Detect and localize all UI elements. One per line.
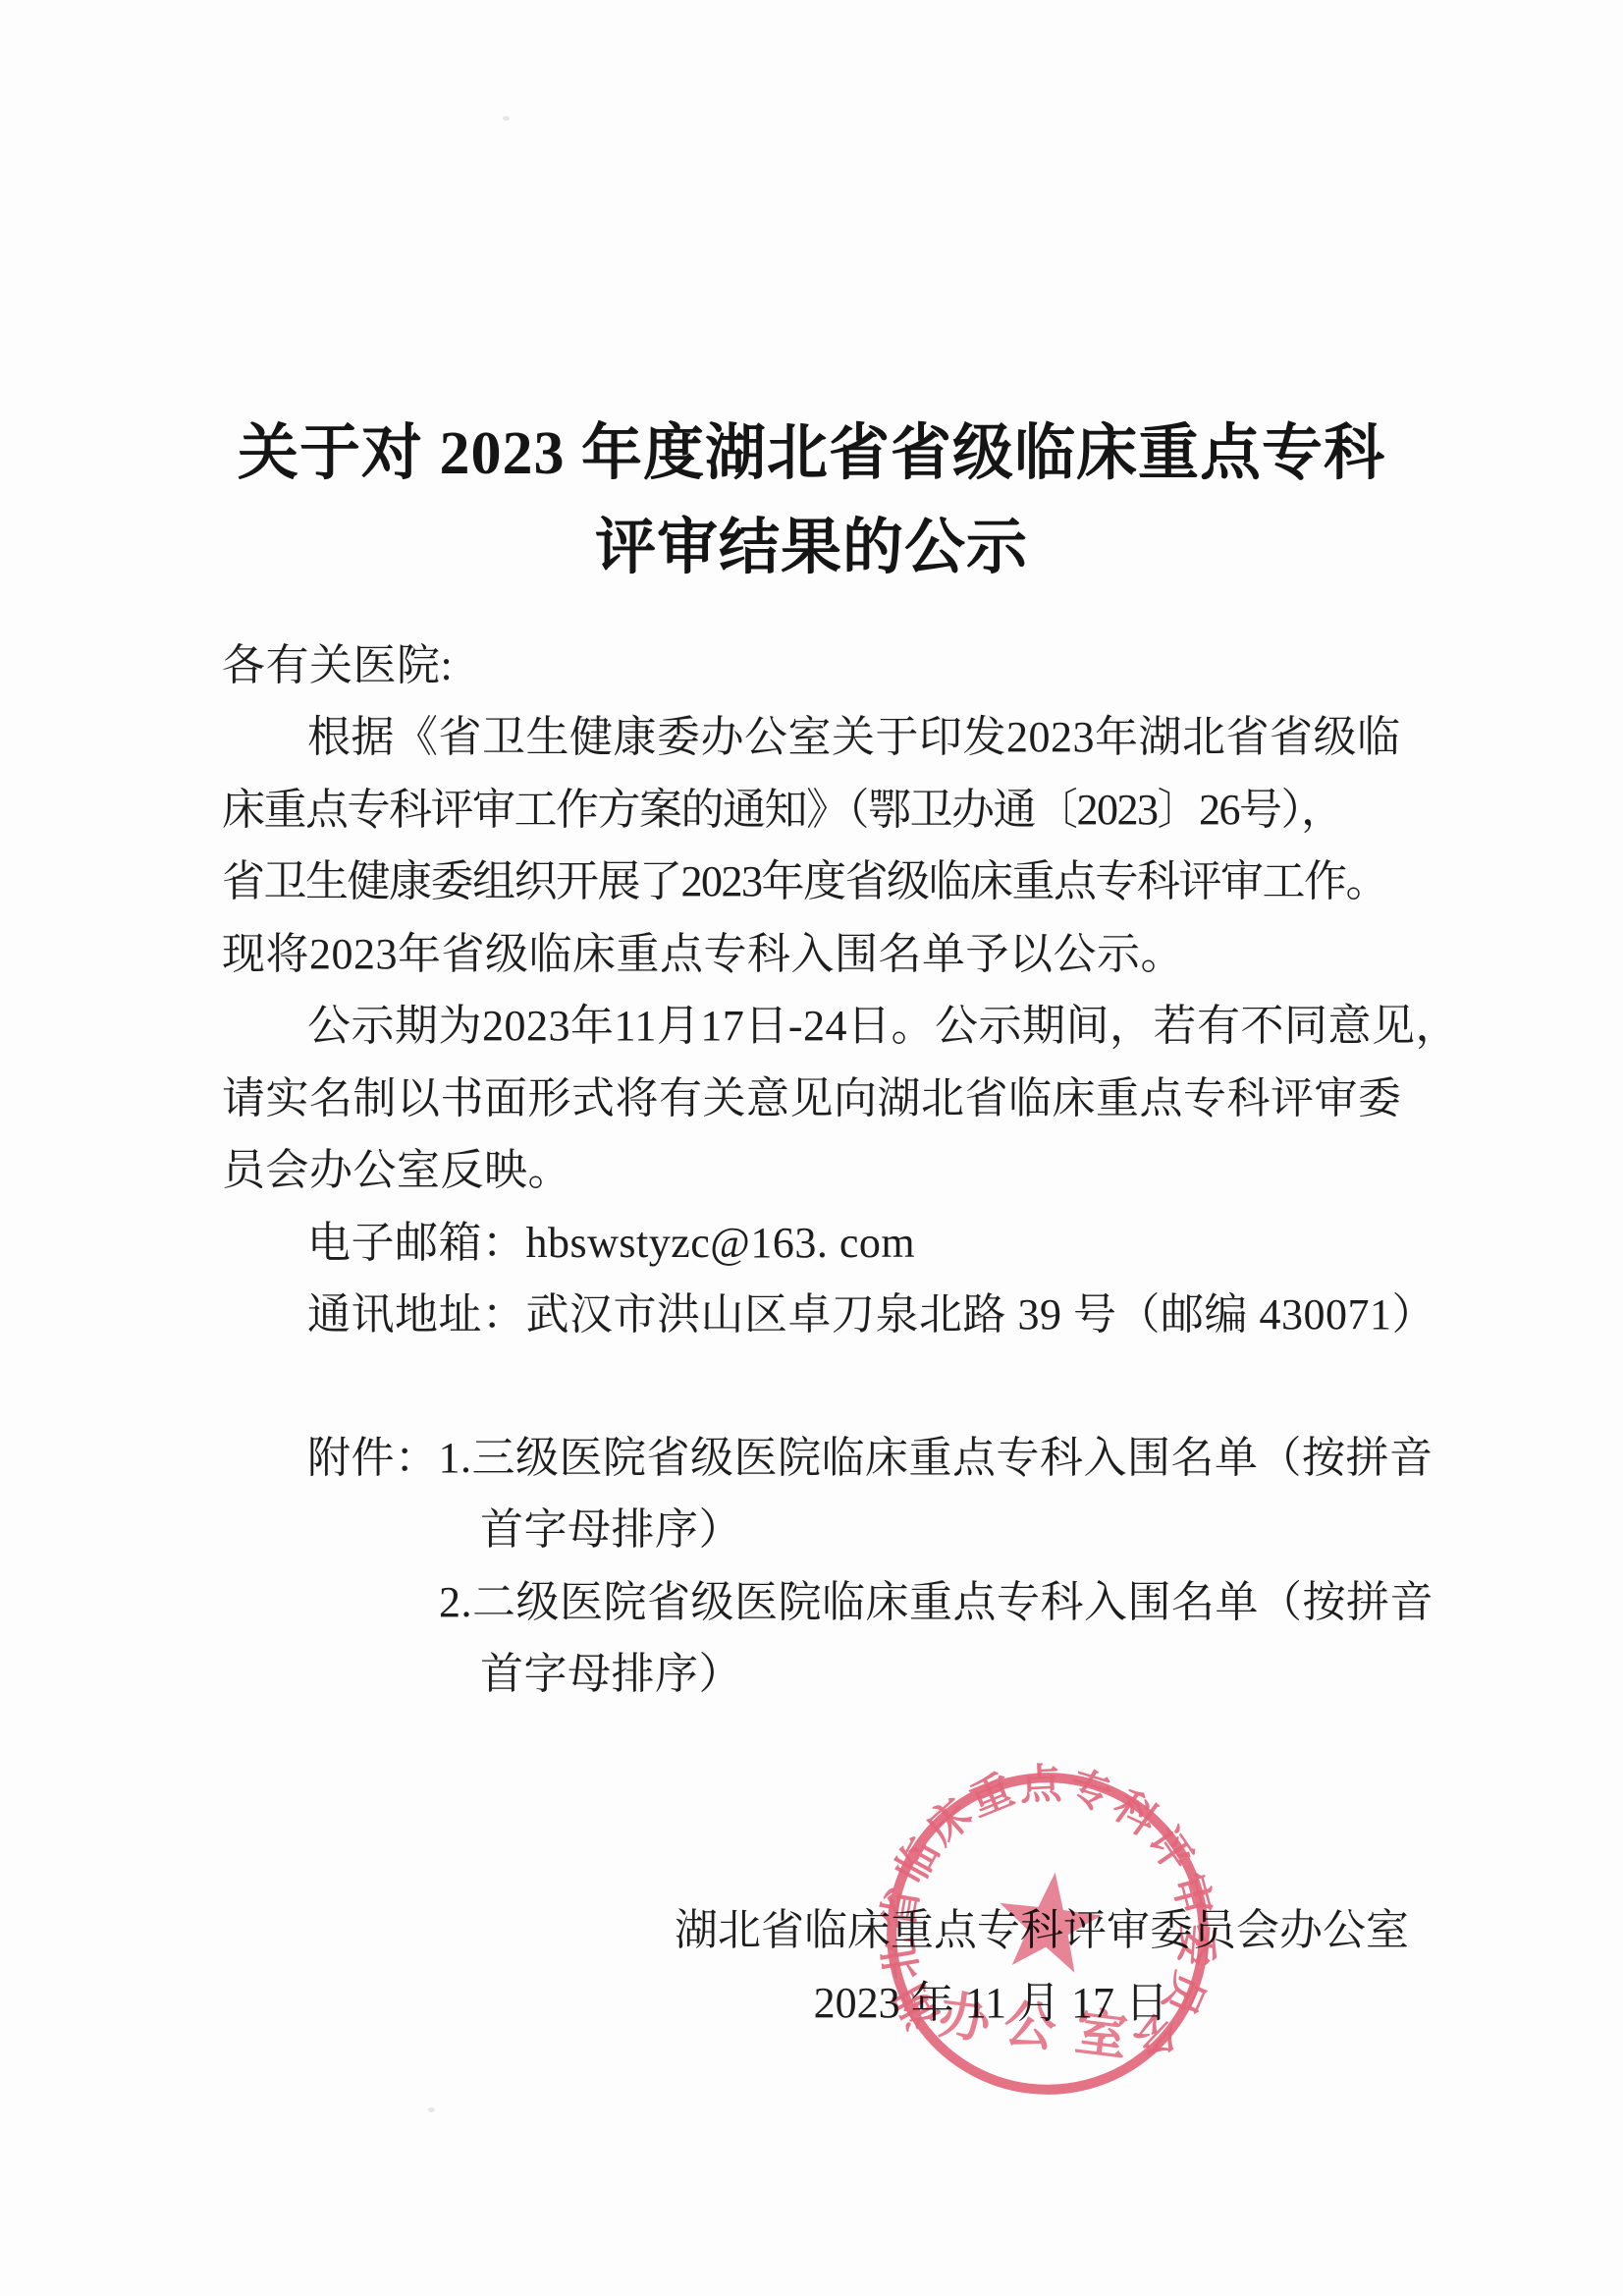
star-icon (993, 1866, 1106, 1975)
salutation: 各有关医院: (222, 629, 453, 702)
scan-artifact (503, 116, 510, 121)
attachment-line: 首字母排序） (480, 1494, 742, 1566)
body-line: 床重点专科评审工作方案的通知》（鄂卫办通〔2023〕26号）， (222, 774, 1343, 847)
document-title-line-2: 评审结果的公示 (0, 501, 1623, 595)
body-line: 省卫生健康委组织开展了2023年度省级临床重点专科评审工作。 (222, 846, 1387, 918)
attachment-line: 首字母排序） (480, 1638, 742, 1711)
scan-artifact (428, 2107, 435, 2112)
document-title-line-1: 关于对 2023 年度湖北省省级临床重点专科 (0, 407, 1623, 501)
attachment-line: 附件：1.三级医院省级医院临床重点专科入围名单（按拼音 (307, 1422, 1434, 1495)
attachment-line: 2.二级医院省级医院临床重点专科入围名单（按拼音 (439, 1566, 1434, 1639)
body-line: 现将2023年省级临床重点专科入围名单予以公示。 (222, 918, 1184, 991)
official-seal-stamp: 湖北省临床重点专科评审委员会 办 公 室 (857, 1743, 1238, 2124)
address-line: 通讯地址：武汉市洪山区卓刀泉北路 39 号（邮编 430071） (307, 1279, 1435, 1351)
email-line: 电子邮箱：hbswstyzc@163. com (307, 1207, 915, 1280)
body-line: 员会办公室反映。 (222, 1134, 571, 1207)
body-line: 请实名制以书面形式将有关意见向湖北省临床重点专科评审委 (222, 1063, 1402, 1135)
body-line: 根据《省卫生健康委办公室关于印发2023年湖北省省级临 (307, 701, 1401, 774)
document-page: 关于对 2023 年度湖北省省级临床重点专科 评审结果的公示 各有关医院: 根据… (0, 0, 1623, 2296)
seal-office-text: 办 公 室 (936, 1988, 1130, 2067)
body-line: 公示期为2023年11月17日-24日。公示期间，若有不同意见， (307, 990, 1459, 1063)
